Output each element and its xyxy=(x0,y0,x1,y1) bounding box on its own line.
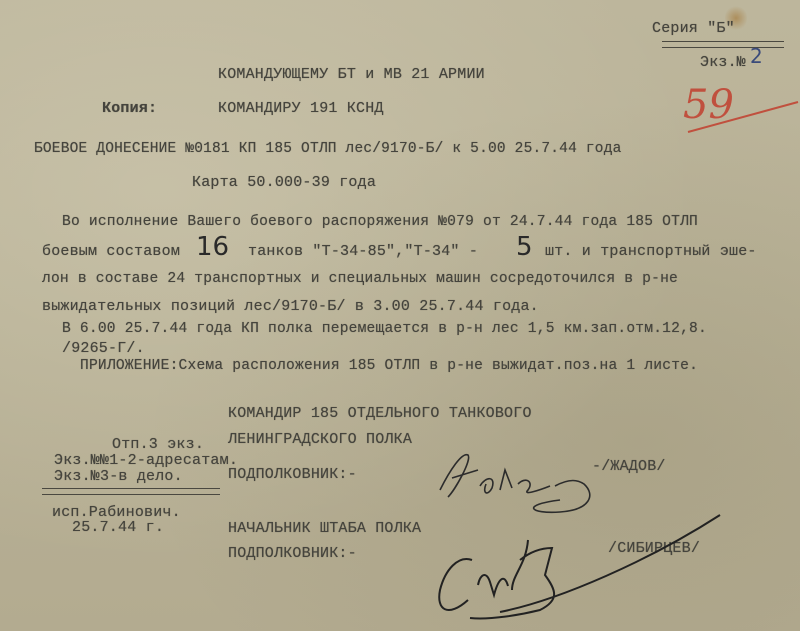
distribution-underline xyxy=(42,488,220,495)
copy-3-file: Экз.№3-в дело. xyxy=(54,468,183,485)
executor-date: 25.7.44 г. xyxy=(72,519,164,536)
chief-of-staff-signature xyxy=(0,0,800,631)
copies-1-2-addressees: Экз.№№1-2-адресатам. xyxy=(54,452,238,469)
printed-copies: Отп.3 экз. xyxy=(112,436,204,453)
